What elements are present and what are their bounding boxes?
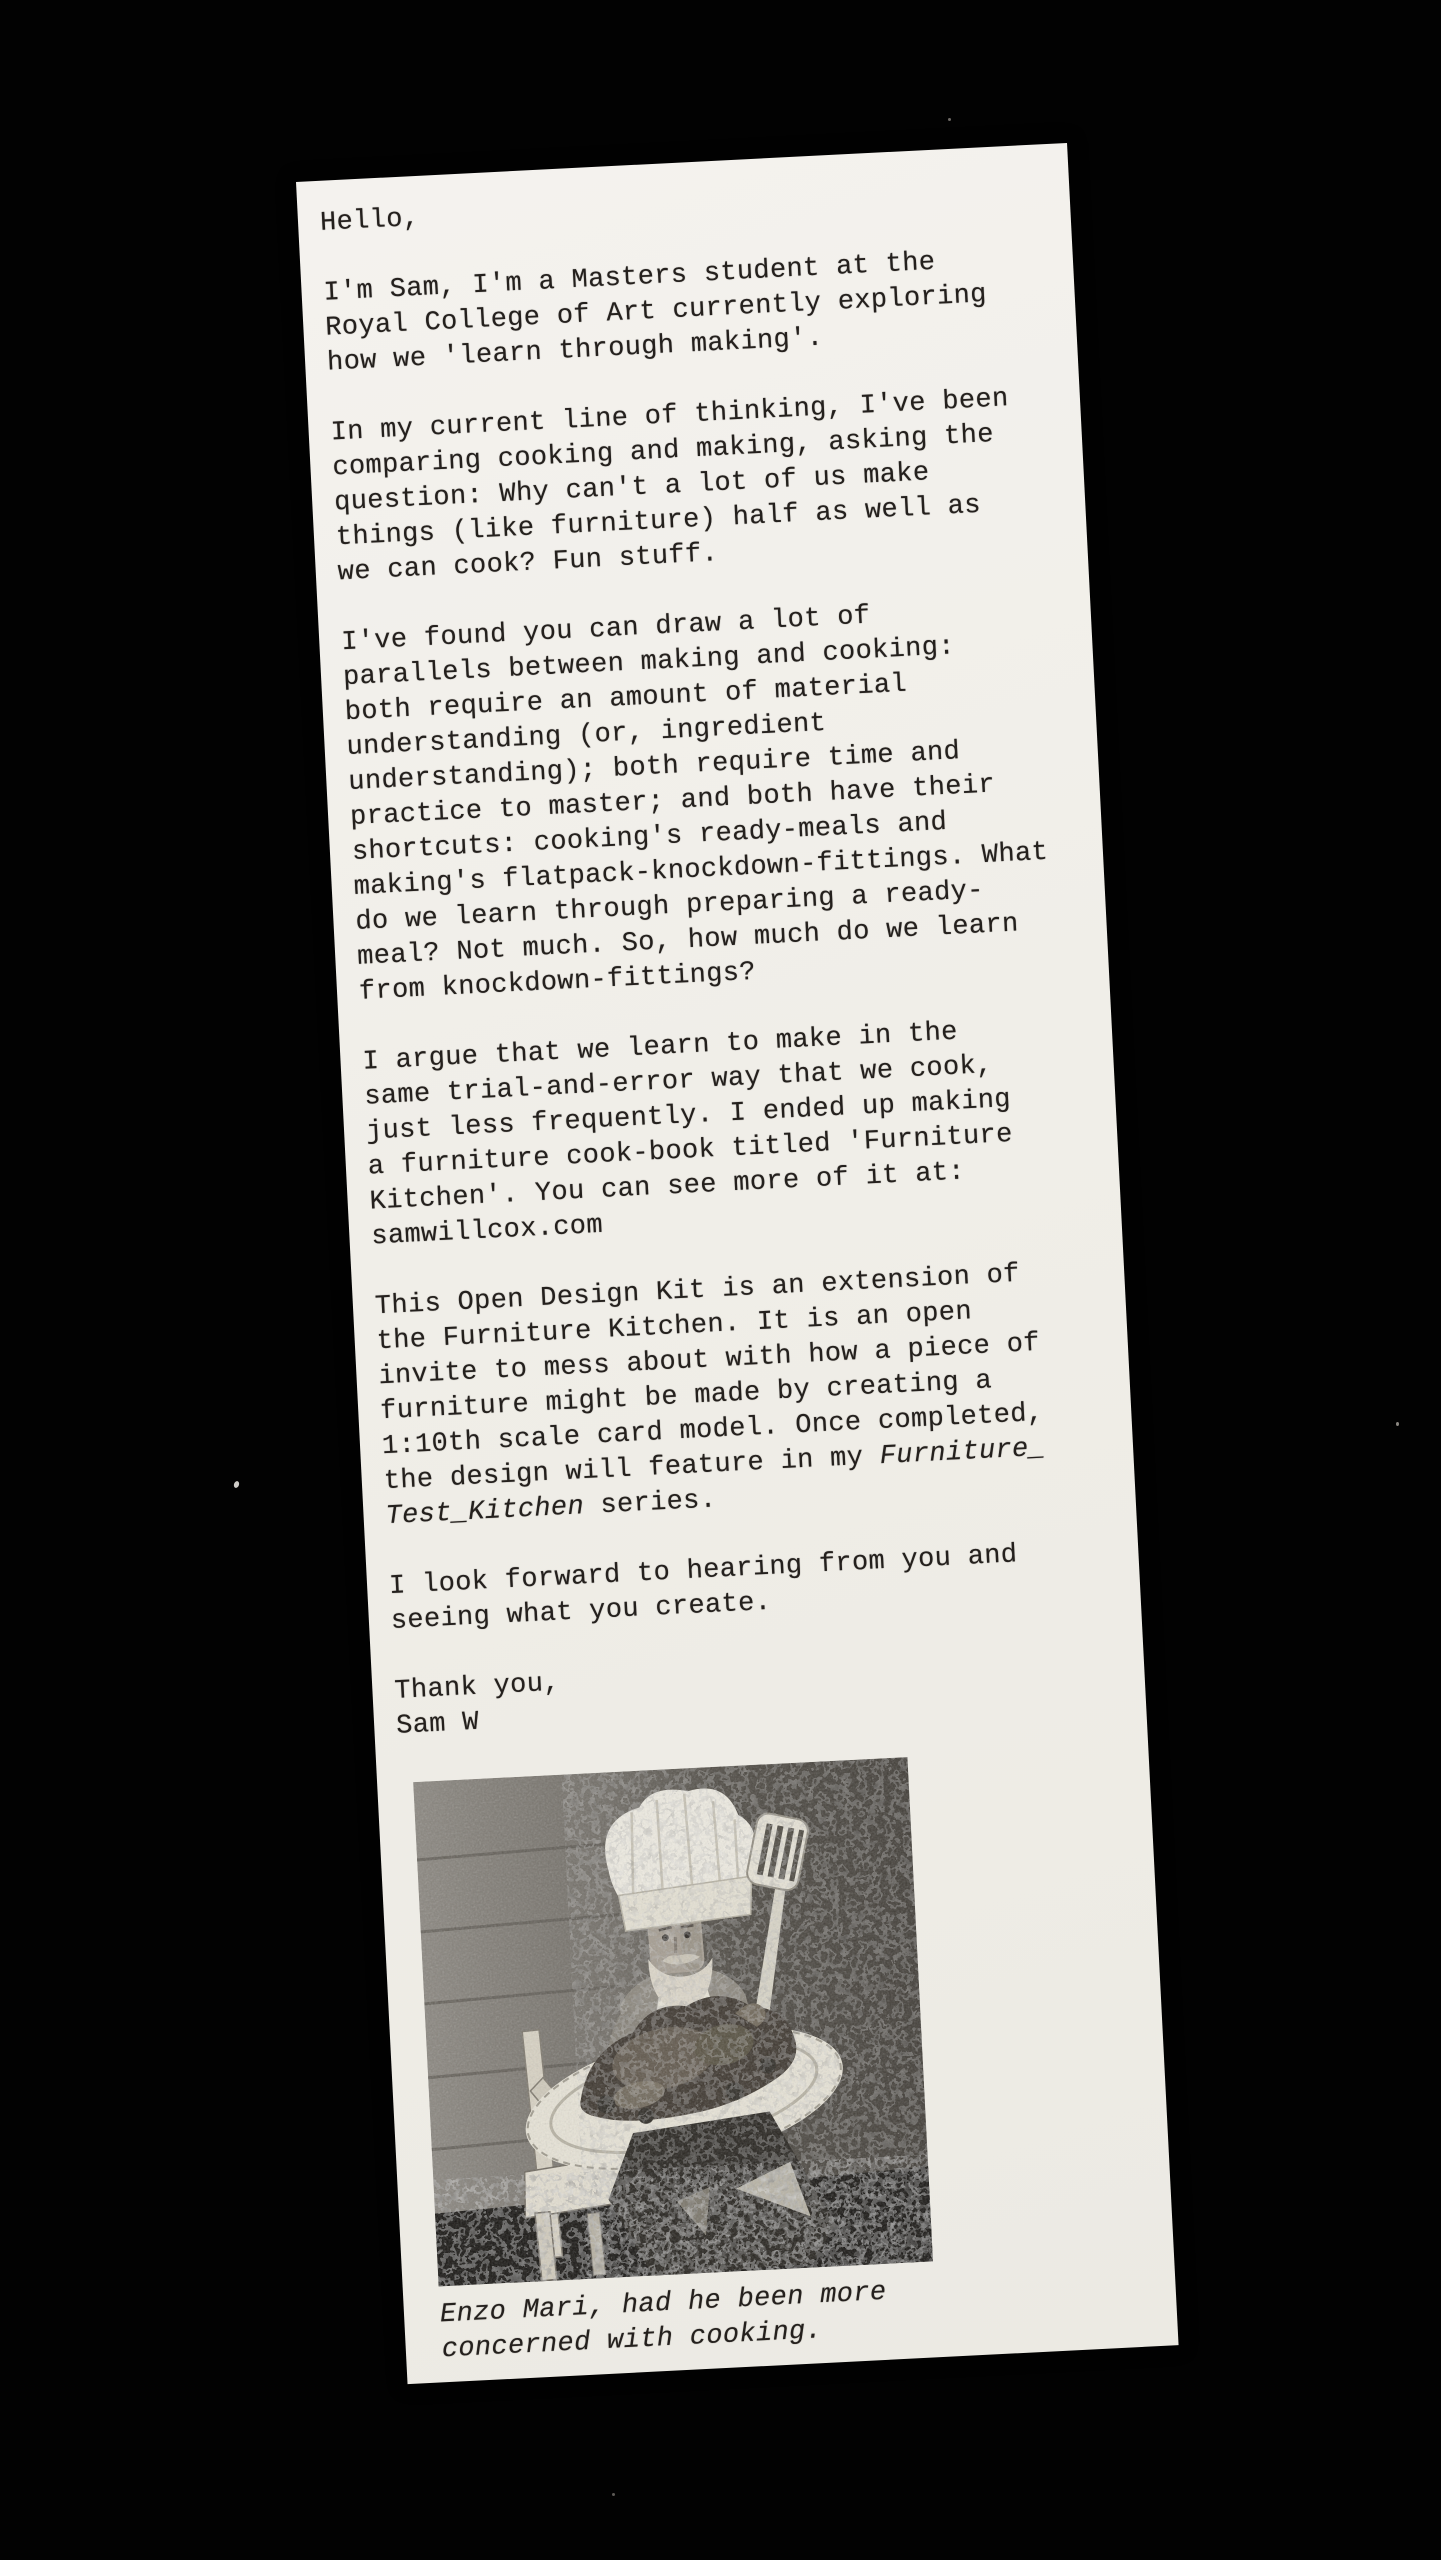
dust-speck [233,1480,240,1488]
letter-paragraph-3: I've found you can draw a lot of paralle… [341,590,1084,1011]
letter-paragraph-6: I look forward to hearing from you and s… [388,1533,1115,1640]
letter-body: I'm Sam, I'm a Masters student at the Ro… [323,240,1120,1745]
dust-speck [948,118,951,121]
typewritten-letter-paper: Hello, I'm Sam, I'm a Masters student at… [296,143,1179,2384]
letter-greeting: Hello, [319,170,1044,242]
letter-paragraph-4: I argue that we learn to make in the sam… [362,1009,1096,1255]
letter-photo-figure: Enzo Mari, had he been more concerned wi… [413,1757,937,2368]
letter-paragraph-2: In my current line of thinking, I've bee… [330,380,1062,591]
dust-speck [1396,1422,1399,1426]
letter-paragraph-5: This Open Design Kit is an extension of … [374,1254,1109,1535]
letter-paragraph-1: I'm Sam, I'm a Masters student at the Ro… [323,240,1051,381]
photo-caption: Enzo Mari, had he been more concerned wi… [439,2273,937,2368]
enzo-mari-chef-photo [413,1757,933,2286]
letter-paragraph-7: Thank you, Sam W [394,1638,1121,1745]
dust-speck [612,2493,615,2496]
scanned-photo-background: Hello, I'm Sam, I'm a Masters student at… [0,0,1441,2560]
